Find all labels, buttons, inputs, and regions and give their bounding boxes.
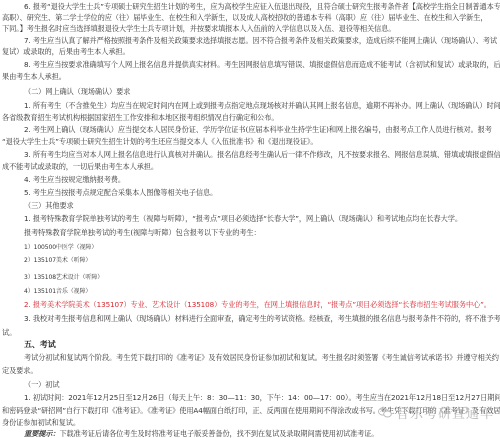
paragraph-line: 果由考生本人承担。 (0, 72, 500, 81)
paragraph-line: 8. 考生应当按要求准确填写个人网上报名信息并提供真实材料。考生因网报信息填写错… (0, 60, 500, 69)
subsection-heading: （三）其他要求 (0, 201, 500, 210)
subsection-heading: （一）初试 (0, 380, 500, 389)
paragraph-line: 5. 考生应当按报考点规定配合采集本人图像等相关电子信息。 (0, 188, 500, 197)
paragraph-line: 下同。】考生报名时应当选择填报退役大学生士兵专项计划，并按要求填报本人入伍前的入… (0, 24, 500, 33)
paragraph-line: 复试）或录取的，后果由考生本人承担。 (0, 47, 500, 56)
important-notice-text: 下载准考证后请各位考生及时将准考证电子版妥善备份，找不到在复试及录取期间需使用初… (59, 429, 378, 438)
paragraph-line: 1. 所有考生（不含推免生）均应当在规定时间内在网上或到报考点指定地点现场核对并… (0, 101, 500, 110)
highlighted-notice: 2. 报考美术学院美术（135107）专业、艺术设计（135108）专业的考生，… (0, 300, 500, 309)
paragraph-line: 高职）、研究生、第二学士学位的应（往）届毕业生、在校生和入学新生，以及成人高校招… (0, 13, 500, 22)
paragraph-line: 考试分初试和复试两个阶段。考生凭下载打印的《准考证》及有效居民身份证参加初试和复… (0, 353, 500, 362)
subsection-heading: （二）网上确认（现场确认）要求 (0, 87, 500, 96)
paragraph-line: 3. 所有考生均应当对本人网上报名信息进行认真核对并确认。报名信息经考生确认后一… (0, 150, 500, 159)
list-item: 3）135108艺术设计（听障） (0, 273, 500, 282)
paragraph-line: 各省级教育招生考试机构根据国家招生工作安排和本地区报考组织情况自行确定和公布。 (0, 113, 500, 122)
paragraph-line: 成不能考试或录取的，一切后果由考生本人承担。 (0, 162, 500, 171)
paragraph-line: 3. 我校对考生报考信息和网上确认（现场确认）材料进行全面审查，确定考生的考试资… (0, 314, 500, 323)
paragraph-line: 报考特殊教育学院单独考试的考生(视障与听障）包含报考以下专业的考生： (0, 228, 500, 237)
list-item: 4）135101音乐（视障） (0, 287, 500, 296)
list-item: 2）135107美术（听障） (0, 256, 500, 265)
watermark: 音乐考研直通车 (378, 403, 494, 422)
paragraph-line: 4. 考生应当按规定缴纳报考费。 (0, 175, 500, 184)
document-page: 6. 报考“退役大学生士兵”专项硕士研究生招生计划的考生，应为高校学生应征入伍退… (0, 0, 500, 438)
paragraph-line: 2. 考生网上确认（现场确认）应当提交本人居民身份证、学历学位证书(应届本科毕业… (0, 125, 500, 134)
important-notice-label: 重要提示： (24, 429, 59, 438)
paragraph-line: 1. 报考特殊教育学院单独考试的考生（视障与听障），“报考点”项目必须选择“长春… (0, 214, 500, 223)
watermark-text: 音乐考研直通车 (396, 403, 494, 422)
wechat-icon (378, 407, 392, 418)
paragraph-line: 定及要求。 (0, 366, 500, 375)
paragraph-line: “退役大学生士兵”专项硕士研究生招生计划的考生还应当提交本人《入伍批准书》和《退… (0, 137, 500, 146)
paragraph-line: 1. 初试时间：2021年12月25日至12月26日（每天上午：8：30—11：… (0, 393, 500, 402)
paragraph-line: 试。 (0, 328, 500, 337)
paragraph-line: 6. 报考“退役大学生士兵”专项硕士研究生招生计划的考生，应为高校学生应征入伍退… (0, 2, 500, 11)
paragraph-line: 7. 考生应当认真了解并严格按照报考条件及相关政策要求选择填报志愿。因不符合报考… (0, 36, 500, 45)
section-heading: 五、考试 (0, 340, 500, 349)
important-notice: 重要提示：下载准考证后请各位考生及时将准考证电子版妥善备份，找不到在复试及录取期… (0, 429, 500, 438)
list-item: 1）100500中医学（视障） (0, 243, 500, 252)
